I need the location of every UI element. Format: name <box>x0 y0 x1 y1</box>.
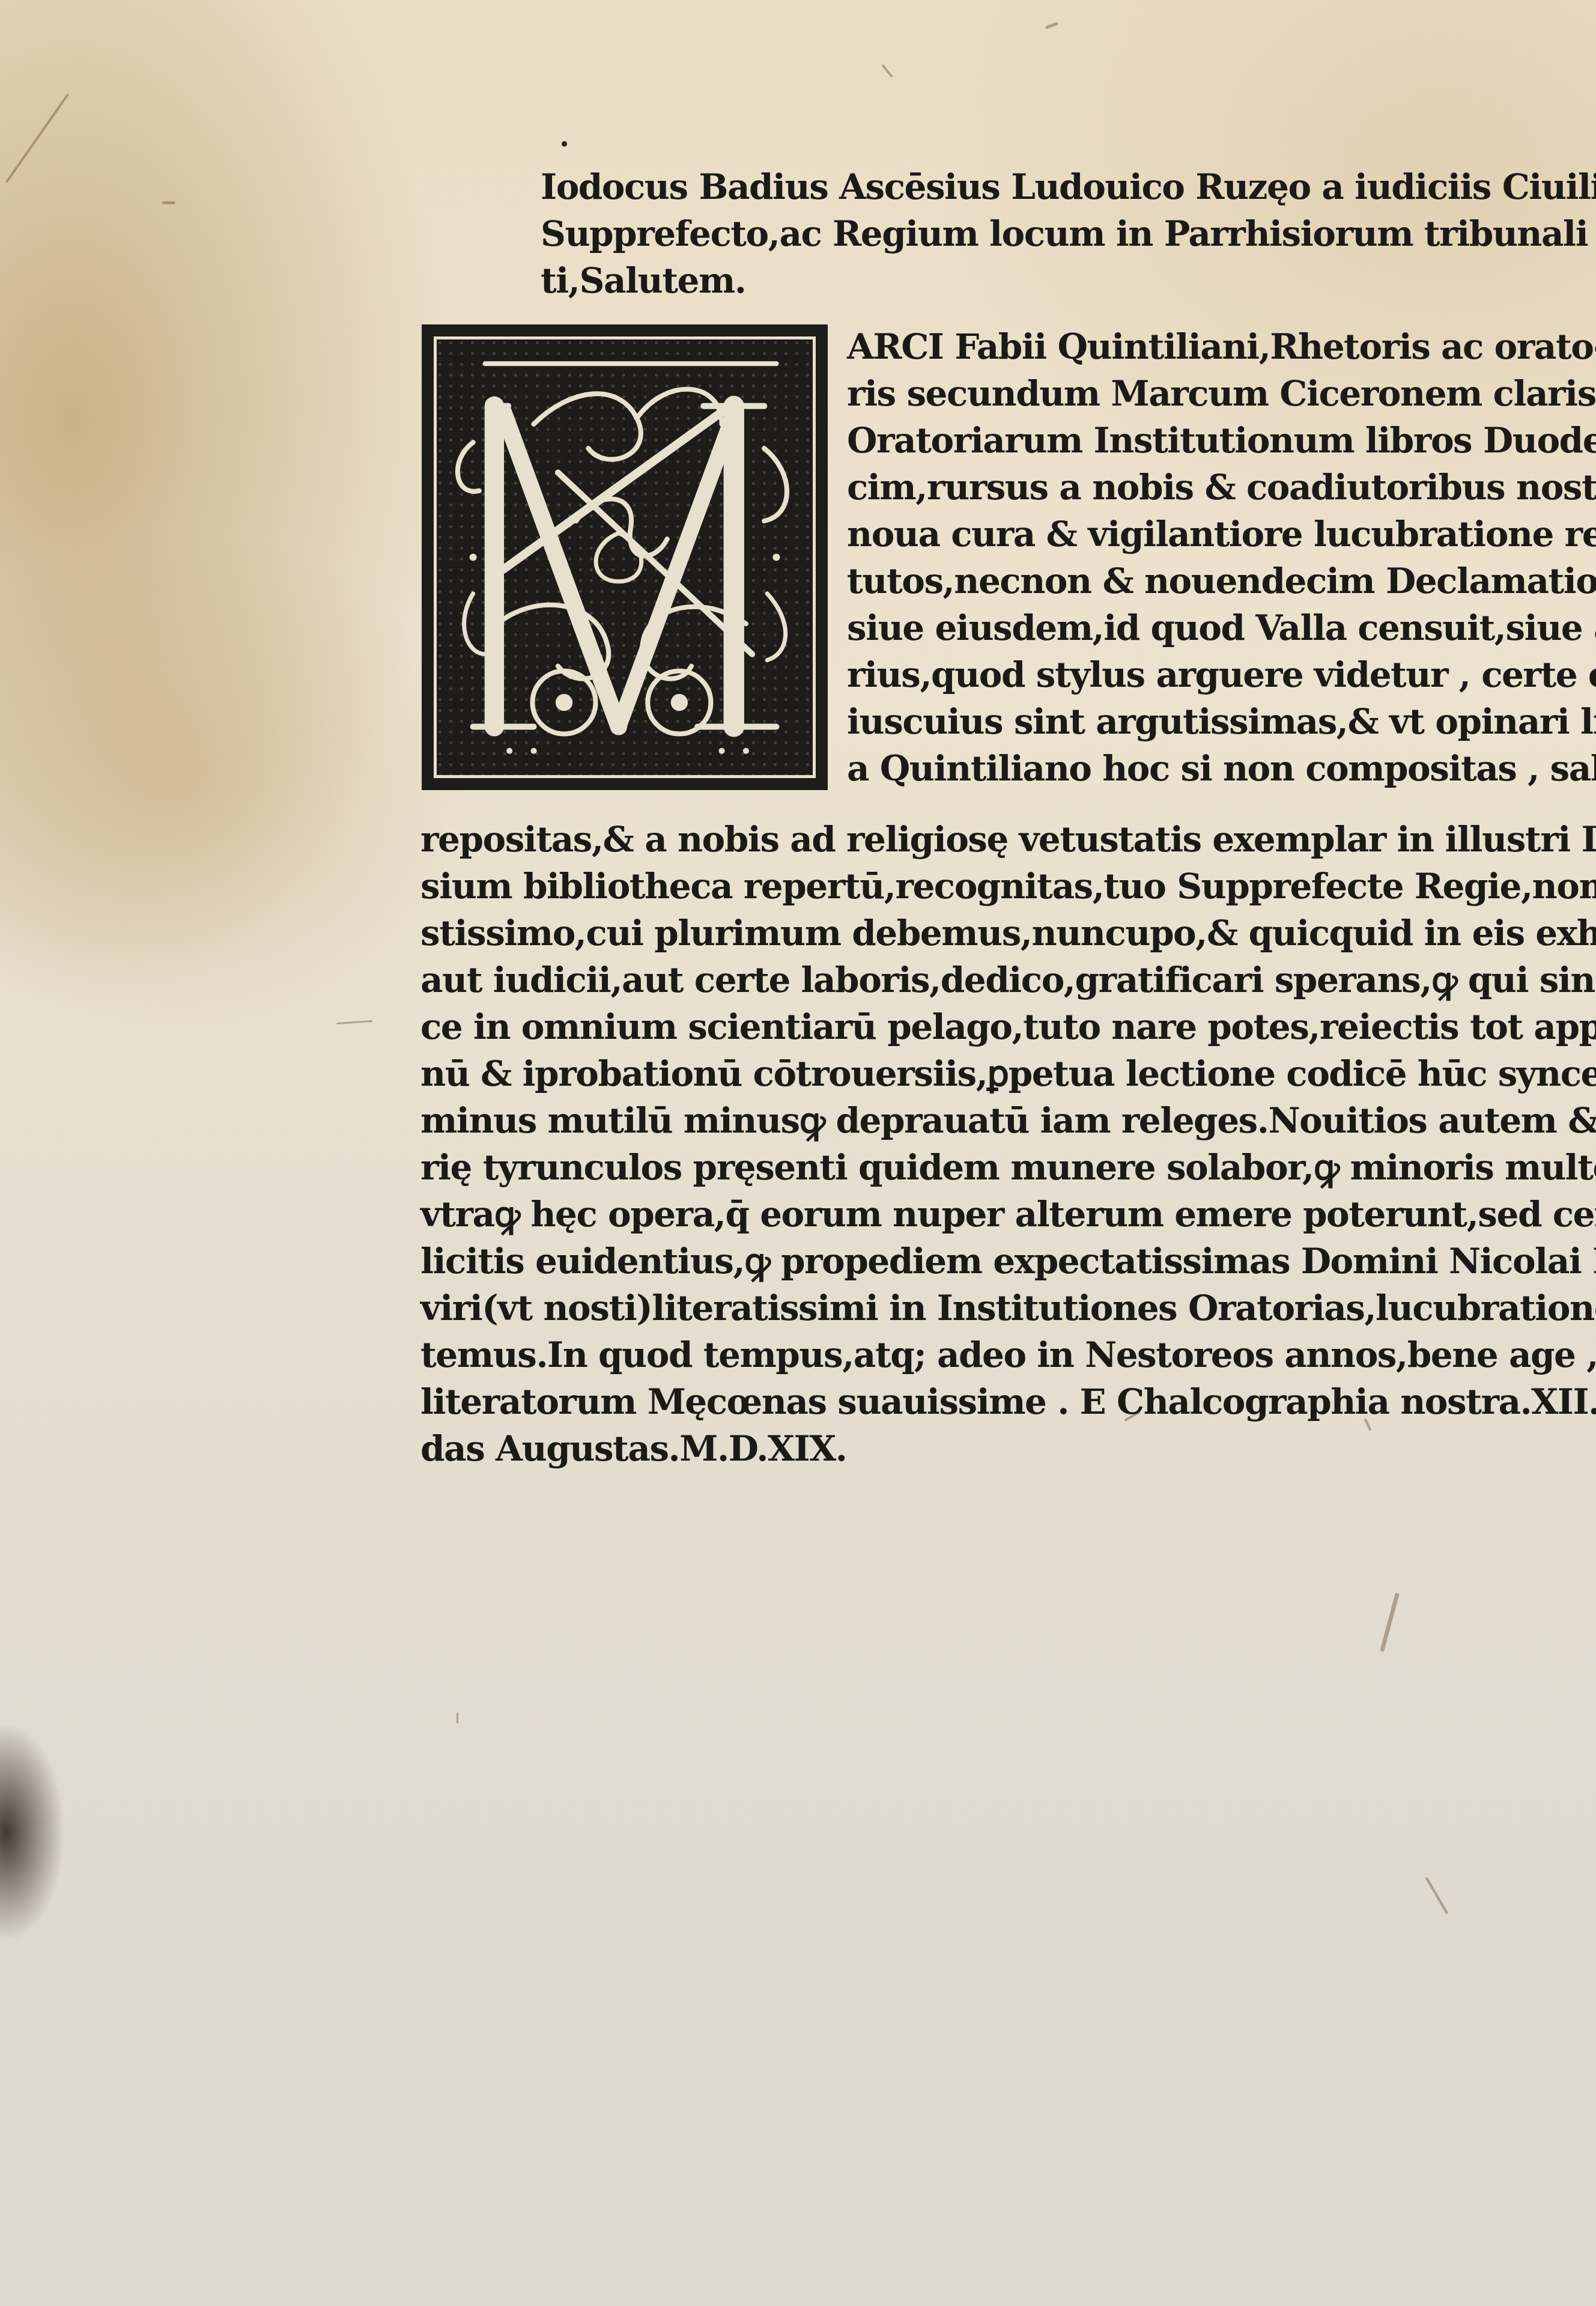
paper-speck <box>457 1712 458 1723</box>
paper-speck <box>1425 1877 1448 1915</box>
body-line: viri(vt nosti)literatissimi in Instituti… <box>420 1285 1526 1331</box>
body-text-full-width: repositas,& a nobis ad religiosę vetusta… <box>420 816 1526 1472</box>
paper-speck <box>162 201 175 204</box>
body-line: tutos,necnon & nouendecim Declamationes <box>847 558 1526 604</box>
body-line: ris secundum Marcum Ciceronem clarissimi <box>847 370 1526 417</box>
decorated-initial-m <box>422 324 828 790</box>
initial-letter-m-icon <box>437 339 813 775</box>
paper-speck <box>336 1020 372 1024</box>
body-text-beside-initial: ARCI Fabii Quintiliani,Rhetoris ac orato… <box>847 323 1526 792</box>
body-line: literatorum Męcœnas suauissime . E Chalc… <box>420 1378 1526 1425</box>
body-line: Oratoriarum Institutionum libros Duode- <box>847 417 1526 464</box>
heading-line: ti,Salutem. <box>541 257 1526 304</box>
dedication-heading: Iodocus Badius Ascēsius Ludouico Ruzęo a… <box>541 163 1526 304</box>
body-line: sium bibliotheca repertū,recognitas,tuo … <box>420 863 1526 910</box>
paper-speck <box>1380 1593 1400 1652</box>
body-line: vtraꝙ hęc opera,q̄ eorum nuper alterum e… <box>420 1191 1526 1238</box>
body-line: rię tyrunculos pręsenti quidem munere so… <box>420 1144 1526 1191</box>
printed-dot <box>562 141 567 147</box>
body-line: cim,rursus a nobis & coadiutoribus nostr… <box>847 464 1526 511</box>
body-line: rius,quod stylus arguere videtur , certe… <box>847 651 1526 698</box>
body-line: ARCI Fabii Quintiliani,Rhetoris ac orato… <box>847 323 1526 370</box>
body-line: minus mutilū minusꝙ deprauatū iam relege… <box>420 1097 1526 1144</box>
body-line: a Quintiliano hoc si non compositas , sa… <box>847 745 1526 792</box>
body-line: repositas,& a nobis ad religiosę vetusta… <box>420 816 1526 863</box>
body-line: stissimo,cui plurimum debemus,nuncupo,& … <box>420 910 1526 957</box>
body-line: iuscuius sint argutissimas,& vt opinari … <box>847 698 1526 745</box>
paper-crease <box>5 93 70 183</box>
paper-speck <box>881 64 893 78</box>
body-line: licitis euidentius,ꝙ propediem expectati… <box>420 1238 1526 1285</box>
body-line: noua cura & vigilantiore lucubratione re… <box>847 511 1526 558</box>
body-line: nū & iprobationū cōtrouersiis,ꝑpetua lec… <box>420 1050 1526 1097</box>
body-line: ce in omnium scientiarū pelago,tuto nare… <box>420 1003 1526 1050</box>
body-line: siue eiusdem,id quod Valla censuit,siue … <box>847 604 1526 651</box>
initial-stippled-ground <box>434 336 816 778</box>
body-line: temus.In quod tempus,atq; adeo in Nestor… <box>420 1331 1526 1378</box>
paper-speck <box>1045 22 1058 29</box>
colophon-date-line: das Augustas.M.D.XIX. <box>420 1425 1526 1472</box>
body-line: aut iudicii,aut certe laboris,dedico,gra… <box>420 957 1526 1003</box>
heading-line: Supprefecto,ac Regium locum in Parrhisio… <box>541 210 1526 257</box>
heading-line: Iodocus Badius Ascēsius Ludouico Ruzęo a… <box>541 163 1526 210</box>
